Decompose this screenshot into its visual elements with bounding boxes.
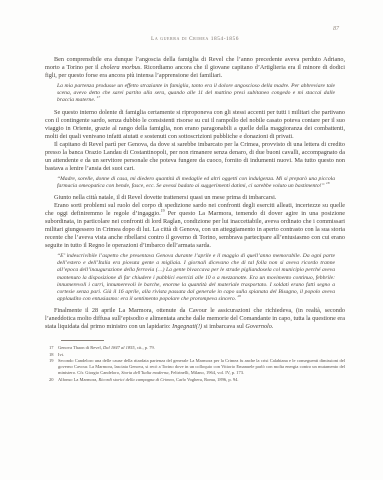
footnote-marker: 17 [97,96,100,100]
text-run: Dal 1847 al 1855 [103,345,135,350]
page-header: La guerra di Crimea 1854-1856 87 [45,27,345,37]
text-run: . [272,323,274,330]
body-text: Ben comprensibile era dunque l’angoscia … [45,56,345,331]
footnote: 19 Secondo Candeloro una delle cause del… [45,358,345,376]
text-run: cholera morbus [101,64,141,71]
text-block: La guerra di Crimea 1854-1856 87 Ben com… [45,27,345,383]
footnote: 20 Alfonso La Marmora, Ricordi storici d… [45,377,345,383]
footnote-text: Alfonso La Marmora, Ricordi storici dell… [58,377,345,383]
text-run: Governolo [245,323,271,330]
text-run: Il capitano di Revel partì per Genova, d… [45,141,345,172]
text-run: “E’ indescrivibile l’aspetto che present… [57,253,335,302]
footnote-text: Ivi. [58,352,345,358]
text-run: Storia dell’Italia moderna [121,370,168,375]
footnotes-section: 17 Genova Thaon di Revel, Dal 1847 al 18… [45,340,345,383]
footnote-number: 18 [45,352,58,358]
footnote-text: Secondo Candeloro una delle cause della … [58,358,345,376]
block-quote: “Madre, sorelle, donne di casa, mi diede… [57,176,335,190]
footnote-number: 19 [45,358,58,376]
footnote: 17 Genova Thaon di Revel, Dal 1847 al 18… [45,345,345,351]
text-run: “Madre, sorelle, donne di casa, mi diede… [57,176,335,189]
text-run: Genova Thaon di Revel, [58,345,103,350]
block-quote: “E’ indescrivibile l’aspetto che present… [57,253,335,303]
footnote-marker: 20 [237,294,240,298]
page-number: 87 [333,26,339,32]
text-run: , Feltrinelli, Milano, 1964, vol. IV, p.… [169,370,245,375]
paragraph: Il capitano di Revel partì per Genova, d… [45,141,345,173]
footnote-marker: 18 [326,181,329,185]
block-quote: La mia partenza produsse un effetto stra… [57,83,335,105]
paragraph: Erano sorti problemi sul ruolo del corpo… [45,202,345,250]
footnote-text: Genova Thaon di Revel, Dal 1847 al 1855,… [58,345,345,351]
text-run: si imbarcava sul [202,323,245,330]
text-run: Se questo interno dolente di famiglia ce… [45,109,345,140]
book-page: La guerra di Crimea 1854-1856 87 Ben com… [0,0,383,480]
running-title: La guerra di Crimea 1854-1856 [151,36,239,42]
footnote-rule [61,340,104,341]
footnote-number: 17 [45,345,58,351]
footnote: 18 Ivi. [45,352,345,358]
text-run: Ricordi storici della campagna di Crimea [99,377,174,382]
text-run: Ingegnati(!) [172,323,202,330]
paragraph: Giunto nella città natale, il di Revel d… [45,194,345,202]
text-run: La mia partenza produsse un effetto stra… [57,83,335,103]
paragraph: Ben comprensibile era dunque l’angoscia … [45,56,345,80]
text-run: Ivi. [58,352,64,357]
footnote-number: 20 [45,377,58,383]
paragraph: Se questo interno dolente di famiglia ce… [45,109,345,141]
text-run: , Carlo Voghera, Roma, 1896, p. 94. [174,377,239,382]
text-run: Alfonso La Marmora, [58,377,99,382]
text-run: Giunto nella città natale, il di Revel d… [54,194,276,201]
paragraph: Finalmente il 28 aprile La Marmora, otte… [45,307,345,331]
text-run: , cit., p. 79. [135,345,155,350]
